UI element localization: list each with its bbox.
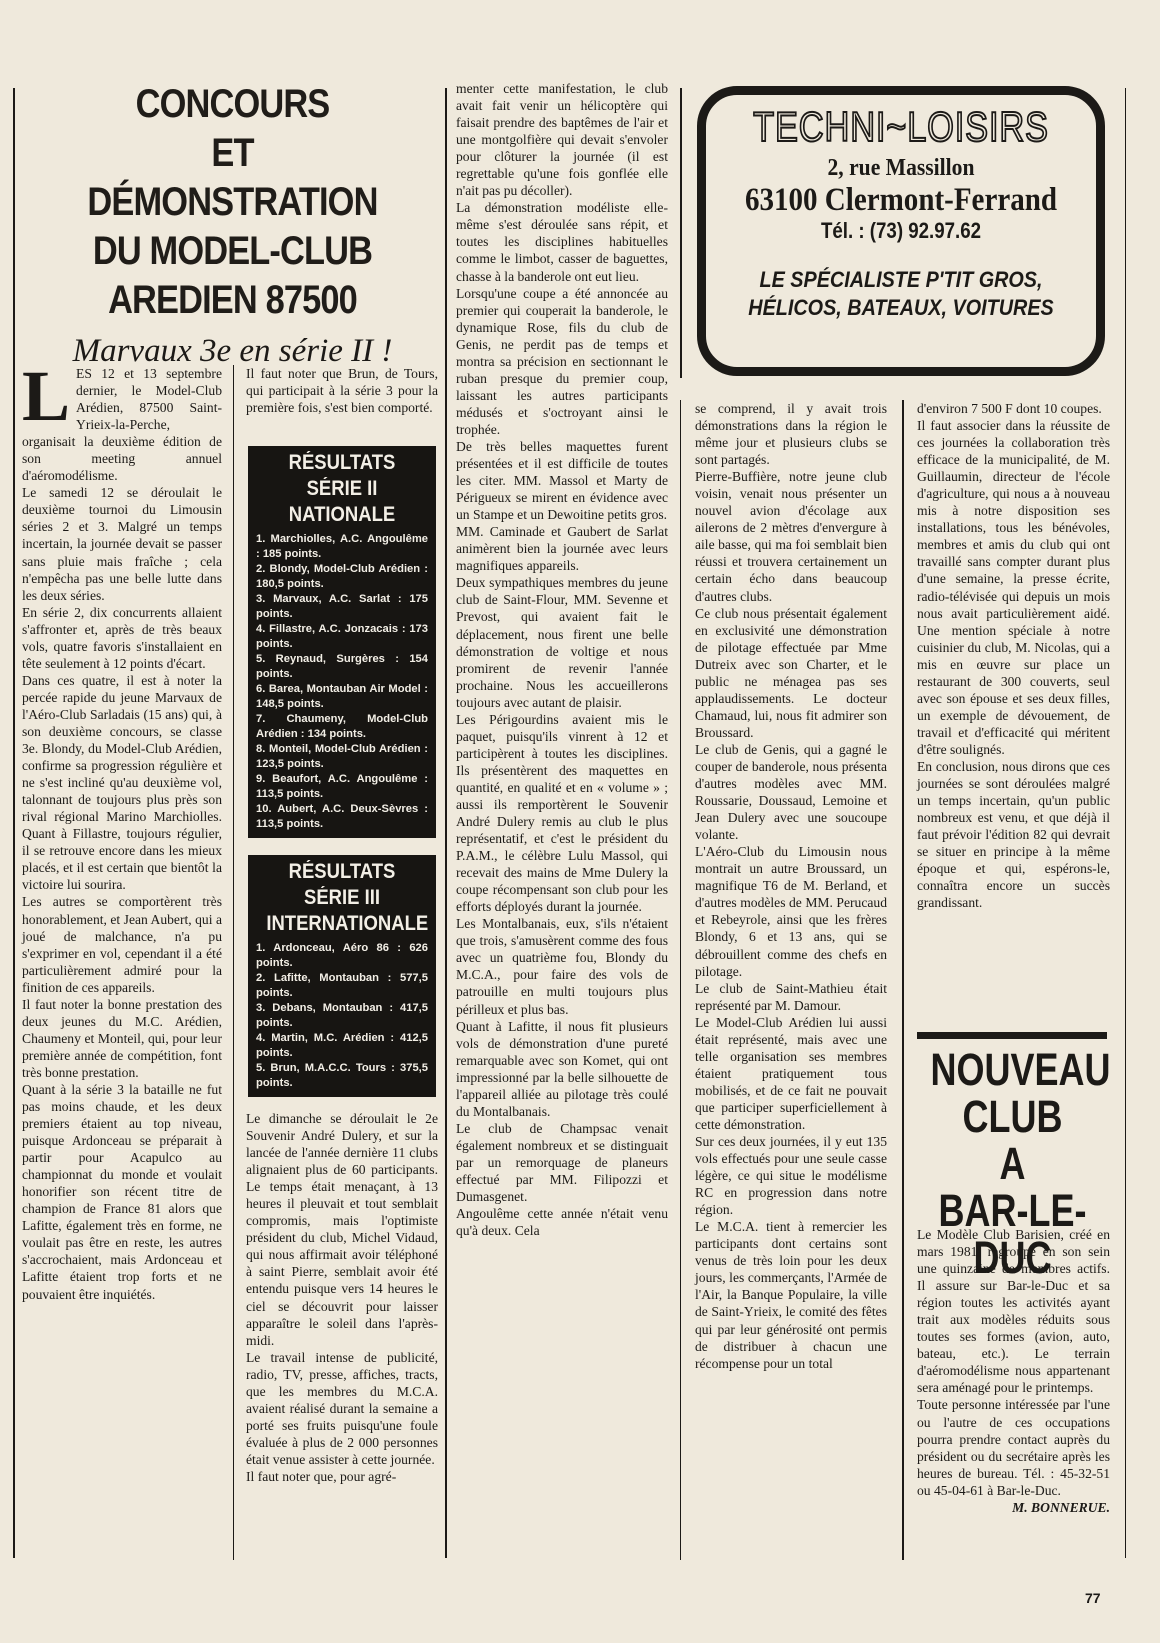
article-column-2-top: Il faut noter que Brun, de Tours, qui pa… — [246, 365, 438, 416]
article-paragraph: Le M.C.A. tient à remercier les particip… — [695, 1218, 887, 1371]
article-paragraph: Les Montalbanais, eux, s'ils n'étaient q… — [456, 915, 668, 1017]
article-column-5: d'environ 7 500 F dont 10 coupes. Il fau… — [917, 400, 1110, 911]
article-paragraph: menter cette manifestation, le club avai… — [456, 80, 668, 199]
article-paragraph: Lorsqu'une coupe a été annoncée au premi… — [456, 285, 668, 438]
result-item: 10. Aubert, A.C. Deux-Sèvres : 113,5 poi… — [256, 802, 428, 832]
article-headline: CONCOURS ET DÉMONSTRATION DU MODEL-CLUB … — [40, 80, 425, 373]
article-paragraph: LES 12 et 13 septembre dernier, le Model… — [22, 365, 222, 484]
article-paragraph: Le Modèle Club Barisien, créé en mars 19… — [917, 1226, 1110, 1396]
title-line: NOUVEAU — [931, 1046, 1095, 1093]
article-paragraph: se comprend, il y avait trois démonstrat… — [695, 400, 887, 468]
article-paragraph: Pierre-Buffière, notre jeune club voisin… — [695, 468, 887, 604]
headline-line: CONCOURS — [67, 80, 398, 129]
article-paragraph: Angoulême cette année n'était venu qu'à … — [456, 1205, 668, 1239]
result-item: 5. Brun, M.A.C.C. Tours : 375,5 points. — [256, 1061, 428, 1091]
article-paragraph: Sur ces deux journées, il y eut 135 vols… — [695, 1133, 887, 1218]
article-paragraph: d'environ 7 500 F dont 10 coupes. — [917, 400, 1110, 417]
results-title: NATIONALE — [266, 502, 417, 528]
nouveau-club-body: Le Modèle Club Barisien, créé en mars 19… — [917, 1226, 1110, 1516]
article-column-2-bottom: Le dimanche se déroulait le 2e Souvenir … — [246, 1110, 438, 1485]
article-paragraph: De très belles maquettes furent présenté… — [456, 438, 668, 523]
article-paragraph: Ce club nous présentait également en exc… — [695, 605, 887, 741]
advert-tagline: HÉLICOS, BATEAUX, VOITURES — [726, 294, 1077, 322]
results-title: RÉSULTATS — [266, 450, 417, 476]
headline-line: DU MODEL-CLUB — [67, 227, 398, 276]
page-number: 77 — [1085, 1590, 1101, 1606]
results-title: SÉRIE III — [266, 885, 417, 911]
article-paragraph: Deux sympathiques membres du jeune club … — [456, 574, 668, 710]
results-serie-3-box: RÉSULTATS SÉRIE III INTERNATIONALE 1. Ar… — [248, 855, 436, 1097]
techni-loisirs-advert: TECHNI~LOISIRS 2, rue Massillon 63100 Cl… — [697, 86, 1105, 376]
article-paragraph: L'Aéro-Club du Limousin nous montrait un… — [695, 843, 887, 979]
author-signature: M. BONNERUE. — [917, 1499, 1110, 1516]
result-item: 9. Beaufort, A.C. Angoulême : 113,5 poin… — [256, 772, 428, 802]
article-paragraph: Le dimanche se déroulait le 2e Souvenir … — [246, 1110, 438, 1349]
article-paragraph: En série 2, dix concurrents allaient s'a… — [22, 604, 222, 672]
title-line: CLUB — [931, 1093, 1095, 1140]
article-paragraph: Il faut noter que Brun, de Tours, qui pa… — [246, 365, 438, 416]
result-item: 1. Marchiolles, A.C. Angoulême : 185 poi… — [256, 532, 428, 562]
article-paragraph: Toute personne intéressée par l'une ou l… — [917, 1396, 1110, 1498]
article-paragraph: Le club de Champsac venait également nom… — [456, 1120, 668, 1205]
article-paragraph: Les Périgourdins avaient mis le paquet, … — [456, 711, 668, 916]
title-line: A — [931, 1140, 1095, 1187]
advert-city: 63100 Clermont-Ferrand — [729, 182, 1072, 218]
article-paragraph: Il faut noter que, pour agré- — [246, 1468, 438, 1485]
article-paragraph: Le travail intense de publicité, radio, … — [246, 1349, 438, 1468]
article-paragraph: Quant à Lafitte, il nous fit plusieurs v… — [456, 1018, 668, 1120]
article-paragraph: Les autres se comportèrent très honorabl… — [22, 893, 222, 995]
results-title: INTERNATIONALE — [266, 911, 417, 937]
results-title: RÉSULTATS — [266, 859, 417, 885]
result-item: 1. Ardonceau, Aéro 86 : 626 points. — [256, 941, 428, 971]
headline-line: AREDIEN 87500 — [67, 276, 398, 325]
result-item: 6. Barea, Montauban Air Model : 148,5 po… — [256, 682, 428, 712]
advert-tagline: LE SPÉCIALISTE P'TIT GROS, — [726, 266, 1077, 294]
column-rule — [1125, 88, 1126, 1558]
article-paragraph: Dans ces quatre, il est à noter la percé… — [22, 672, 222, 894]
column-rule — [680, 400, 681, 1560]
article-paragraph: Il faut associer dans la réussite de ces… — [917, 417, 1110, 758]
column-rule — [680, 88, 682, 378]
column-rule — [13, 88, 15, 1558]
advert-street: 2, rue Massillon — [726, 155, 1077, 182]
result-item: 3. Debans, Montauban : 417,5 points. — [256, 1001, 428, 1031]
results-title: SÉRIE II — [266, 476, 417, 502]
column-rule — [445, 88, 447, 1558]
article-paragraph: Le samedi 12 se déroulait le deuxième to… — [22, 484, 222, 603]
result-item: 4. Fillastre, A.C. Jonzacais : 173 point… — [256, 622, 428, 652]
article-paragraph: Le Model-Club Arédien lui aussi était re… — [695, 1014, 887, 1133]
article-column-1: LES 12 et 13 septembre dernier, le Model… — [22, 365, 222, 1303]
column-rule — [233, 365, 234, 1560]
headline-line: ET DÉMONSTRATION — [67, 129, 398, 227]
article-paragraph: MM. Caminade et Gaubert de Sarlat animèr… — [456, 523, 668, 574]
article-paragraph: En conclusion, nous dirons que ces journ… — [917, 758, 1110, 911]
section-divider-bar — [917, 1032, 1107, 1039]
article-paragraph: Il faut noter la bonne prestation des de… — [22, 996, 222, 1081]
result-item: 5. Reynaud, Surgères : 154 points. — [256, 652, 428, 682]
result-item: 3. Marvaux, A.C. Sarlat : 175 points. — [256, 592, 428, 622]
advert-phone: Tél. : (73) 92.97.62 — [735, 218, 1067, 244]
advert-logo: TECHNI~LOISIRS — [741, 103, 1061, 151]
results-serie-2-box: RÉSULTATS SÉRIE II NATIONALE 1. Marchiol… — [248, 446, 436, 838]
result-item: 4. Martin, M.C. Arédien : 412,5 points. — [256, 1031, 428, 1061]
article-paragraph: La démonstration modéliste elle-même s'e… — [456, 199, 668, 284]
result-item: 2. Lafitte, Montauban : 577,5 points. — [256, 971, 428, 1001]
column-rule — [902, 400, 904, 1560]
drop-cap: L — [22, 367, 70, 425]
article-paragraph: Le club de Saint-Mathieu était représent… — [695, 980, 887, 1014]
article-column-3: menter cette manifestation, le club avai… — [456, 80, 668, 1239]
article-column-4: se comprend, il y avait trois démonstrat… — [695, 400, 887, 1372]
article-paragraph: Le club de Genis, qui a gagné le couper … — [695, 741, 887, 843]
article-paragraph: Quant à la série 3 la bataille ne fut pa… — [22, 1081, 222, 1303]
result-item: 8. Monteil, Model-Club Arédien : 123,5 p… — [256, 742, 428, 772]
result-item: 2. Blondy, Model-Club Arédien : 180,5 po… — [256, 562, 428, 592]
result-item: 7. Chaumeny, Model-Club Arédien : 134 po… — [256, 712, 428, 742]
